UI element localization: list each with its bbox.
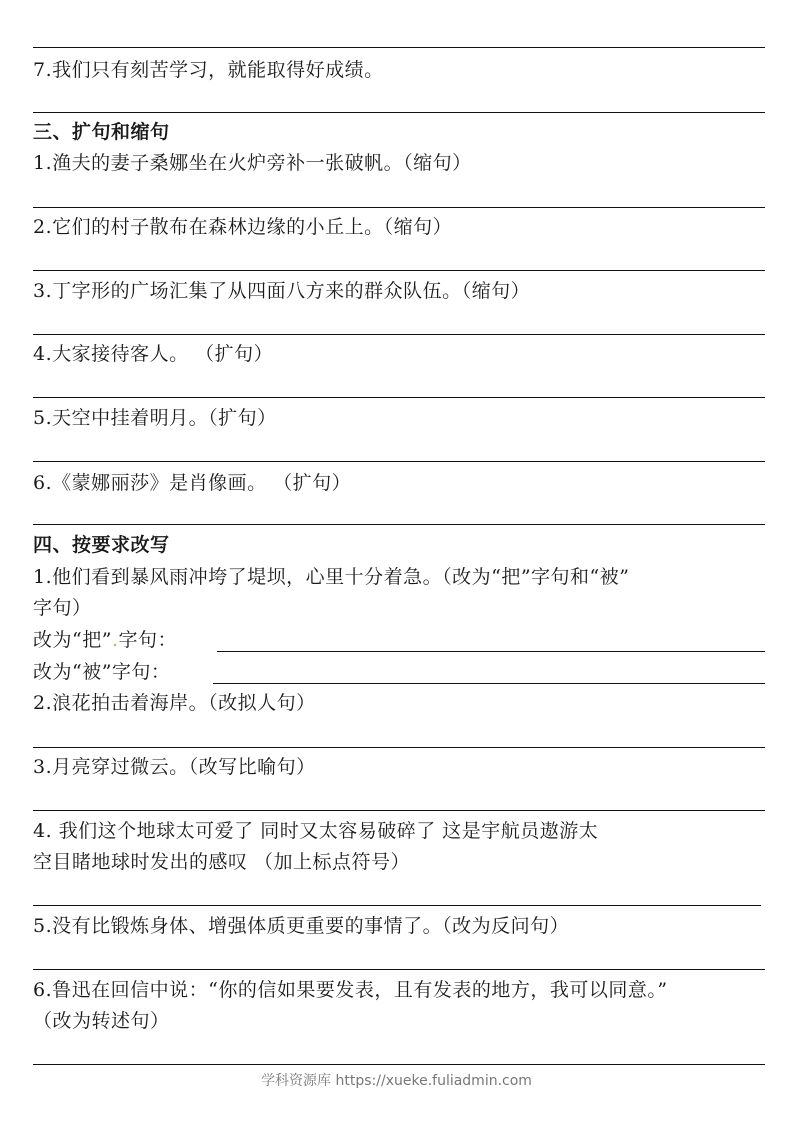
question-s3-4: 4.大家接待客人。 （扩句） xyxy=(33,341,273,367)
answer-line[interactable] xyxy=(33,524,765,525)
answer-line[interactable] xyxy=(33,112,765,113)
answer-line[interactable] xyxy=(33,461,765,462)
answer-line[interactable] xyxy=(33,905,761,906)
question-s4-6-line2: （改为转述句） xyxy=(33,1008,170,1034)
answer-line[interactable] xyxy=(33,969,765,970)
question-s4-4-line1: 4. 我们这个地球太可爱了 同时又太容易破碎了 这是宇航员遨游太 xyxy=(33,818,598,844)
section-3-heading: 三、扩句和缩句 xyxy=(33,119,170,145)
bei-sentence-label: 改为“被”字句： xyxy=(33,659,170,685)
answer-line[interactable] xyxy=(33,270,765,271)
answer-line[interactable] xyxy=(33,397,765,398)
answer-line[interactable] xyxy=(33,207,765,208)
question-s3-5: 5.天空中挂着明月。（扩句） xyxy=(33,405,277,431)
ba-label-text: 改为“把” xyxy=(33,629,112,651)
ba-label-suffix: 字句： xyxy=(118,629,177,651)
answer-line[interactable] xyxy=(33,1064,765,1065)
question-s3-1: 1.渔夫的妻子桑娜坐在火炉旁补一张破帆。（缩句） xyxy=(33,150,472,176)
answer-line[interactable] xyxy=(33,47,765,48)
answer-line[interactable] xyxy=(33,810,765,811)
answer-line[interactable] xyxy=(33,334,765,335)
question-s4-1-line2: 字句） xyxy=(33,595,92,621)
ba-answer-line[interactable] xyxy=(217,651,765,652)
question-s3-6: 6.《蒙娜丽莎》是肖像画。 （扩句） xyxy=(33,470,351,496)
question-s4-6-line1: 6.鲁迅在回信中说：“你的信如果要发表，且有发表的地方，我可以同意。” xyxy=(33,977,668,1003)
section-4-heading: 四、按要求改写 xyxy=(33,532,170,558)
question-s4-2: 2.浪花拍击着海岸。（改拟人句） xyxy=(33,690,316,716)
question-s4-3: 3.月亮穿过微云。（改写比喻句） xyxy=(33,754,316,780)
ba-sentence-label: 改为“把”.字句： xyxy=(33,627,177,653)
bei-answer-line[interactable] xyxy=(213,683,765,684)
question-s4-1-line1: 1.他们看到暴风雨冲垮了堤坝，心里十分着急。（改为“把”字句和“被” xyxy=(33,564,629,590)
question-s3-3: 3.丁字形的广场汇集了从四面八方来的群众队伍。（缩句） xyxy=(33,278,530,304)
question-s4-4-line2: 空目睹地球时发出的感叹 （加上标点符号） xyxy=(33,849,410,875)
question-s2-7: 7.我们只有刻苦学习，就能取得好成绩。 xyxy=(33,57,384,83)
question-s3-2: 2.它们的村子散布在森林边缘的小丘上。（缩句） xyxy=(33,214,452,240)
footer-watermark: 学科资源库 https://xueke.fuliadmin.com xyxy=(0,1070,793,1090)
question-s4-5: 5.没有比锻炼身体、增强体质更重要的事情了。（改为反问句） xyxy=(33,913,569,939)
answer-line[interactable] xyxy=(33,747,765,748)
